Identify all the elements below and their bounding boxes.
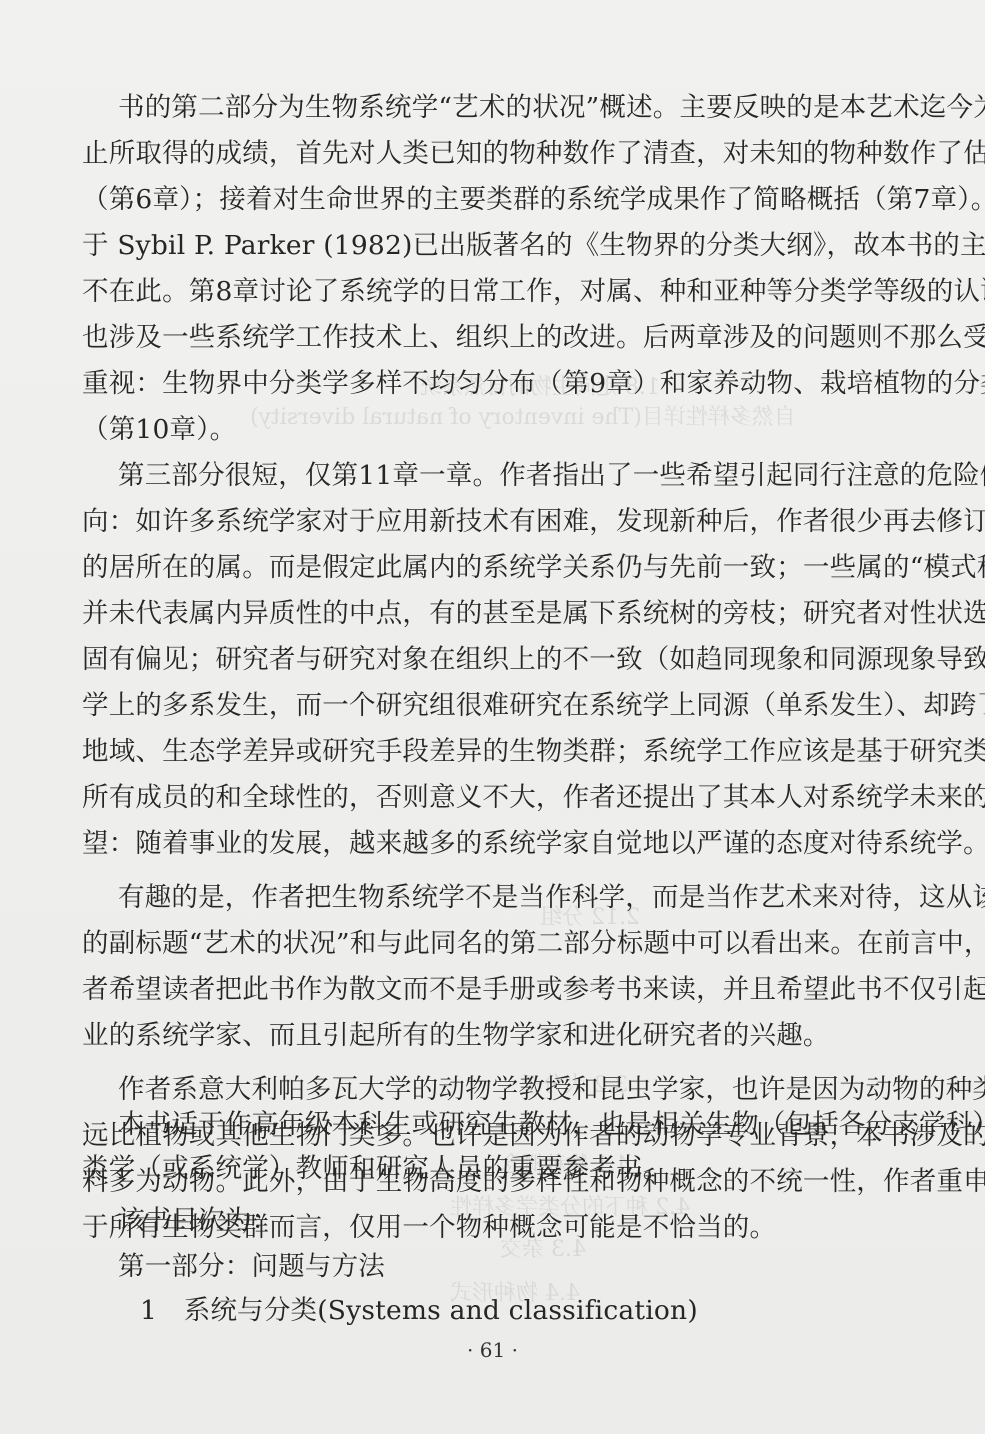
text-line: 第三部分很短，仅第11章一章。作者指出了一些希望引起同行注意的危险倾: [118, 456, 892, 496]
text-line: 作者系意大利帕多瓦大学的动物学教授和昆虫学家，也许是因为动物的种类: [118, 1070, 892, 1110]
text-line: （第6章）；接着对生命世界的主要类群的系统学成果作了简略概括（第7章）。由: [82, 180, 892, 220]
text-line: 重视：生物界中分类学多样不均匀分布（第9章）和家养动物、栽培植物的分类处理: [82, 364, 892, 404]
text-line: 有趣的是，作者把生物系统学不是当作科学，而是当作艺术来对待，这从该书: [118, 878, 892, 918]
text-line: 所有成员的和全球性的，否则意义不大，作者还提出了其本人对系统学未来的希: [82, 778, 892, 818]
text-line: 的居所在的属。而是假定此属内的系统学关系仍与先前一致；一些属的“模式种”: [82, 548, 892, 588]
page-number: · 61 ·: [0, 1338, 985, 1362]
text-line: 于 Sybil P. Parker (1982)已出版著名的《生物界的分类大纲》…: [82, 226, 892, 266]
text-line: 本书适于作高年级本科生或研究生教材，也是相关生物（包括各分支学科）分: [118, 1105, 892, 1145]
text-line: 止所取得的成绩，首先对人类已知的物种数作了清查，对未知的物种数作了估计: [82, 134, 892, 174]
toc-intro: 该书目次为：: [118, 1201, 278, 1241]
text-line: 固有偏见；研究者与研究对象在组织上的不一致（如趋同现象和同源现象导致系统: [82, 640, 892, 680]
scanned-book-page: 1.8 走向生物的自然系统 自然多样性详目(The inventory of n…: [0, 0, 985, 1434]
toc-chapter-item: 1 系统与分类(Systems and classification): [140, 1291, 698, 1331]
text-line: 学上的多系发生，而一个研究组很难研究在系统学上同源（单系发生）、却跨了很大: [82, 686, 892, 726]
text-line: 的副标题“艺术的状况”和与此同名的第二部分标题中可以看出来。在前言中，作: [82, 924, 892, 964]
toc-part-heading: 第一部分：问题与方法: [118, 1247, 385, 1287]
text-line: 并未代表属内异质性的中点，有的甚至是属下系统树的旁枝；研究者对性状选取的: [82, 594, 892, 634]
text-line: 类学（或系统学）教师和研究人员的重要参考书。: [82, 1149, 669, 1189]
text-line: 者希望读者把此书作为散文而不是手册或参考书来读，并且希望此书不仅引起专: [82, 970, 892, 1010]
text-line: 地域、生态学差异或研究手段差异的生物类群；系统学工作应该是基于研究类群的: [82, 732, 892, 772]
text-line: 也涉及一些系统学工作技术上、组织上的改进。后两章涉及的问题则不那么受到: [82, 318, 892, 358]
text-line: 业的系统学家、而且引起所有的生物学家和进化研究者的兴趣。: [82, 1016, 830, 1056]
text-line: （第10章）。: [82, 410, 236, 450]
text-line: 向：如许多系统学家对于应用新技术有困难，发现新种后，作者很少再去修订新种: [82, 502, 892, 542]
show-through-text: 自然多样性详目(The inventory of natural diversi…: [250, 400, 796, 431]
text-line: 书的第二部分为生物系统学“艺术的状况”概述。主要反映的是本艺术迄今为: [118, 88, 892, 128]
text-line: 不在此。第8章讨论了系统学的日常工作，对属、种和亚种等分类学等级的认识，: [82, 272, 892, 312]
text-line: 望：随着事业的发展，越来越多的系统学家自觉地以严谨的态度对待系统学。: [82, 824, 985, 864]
